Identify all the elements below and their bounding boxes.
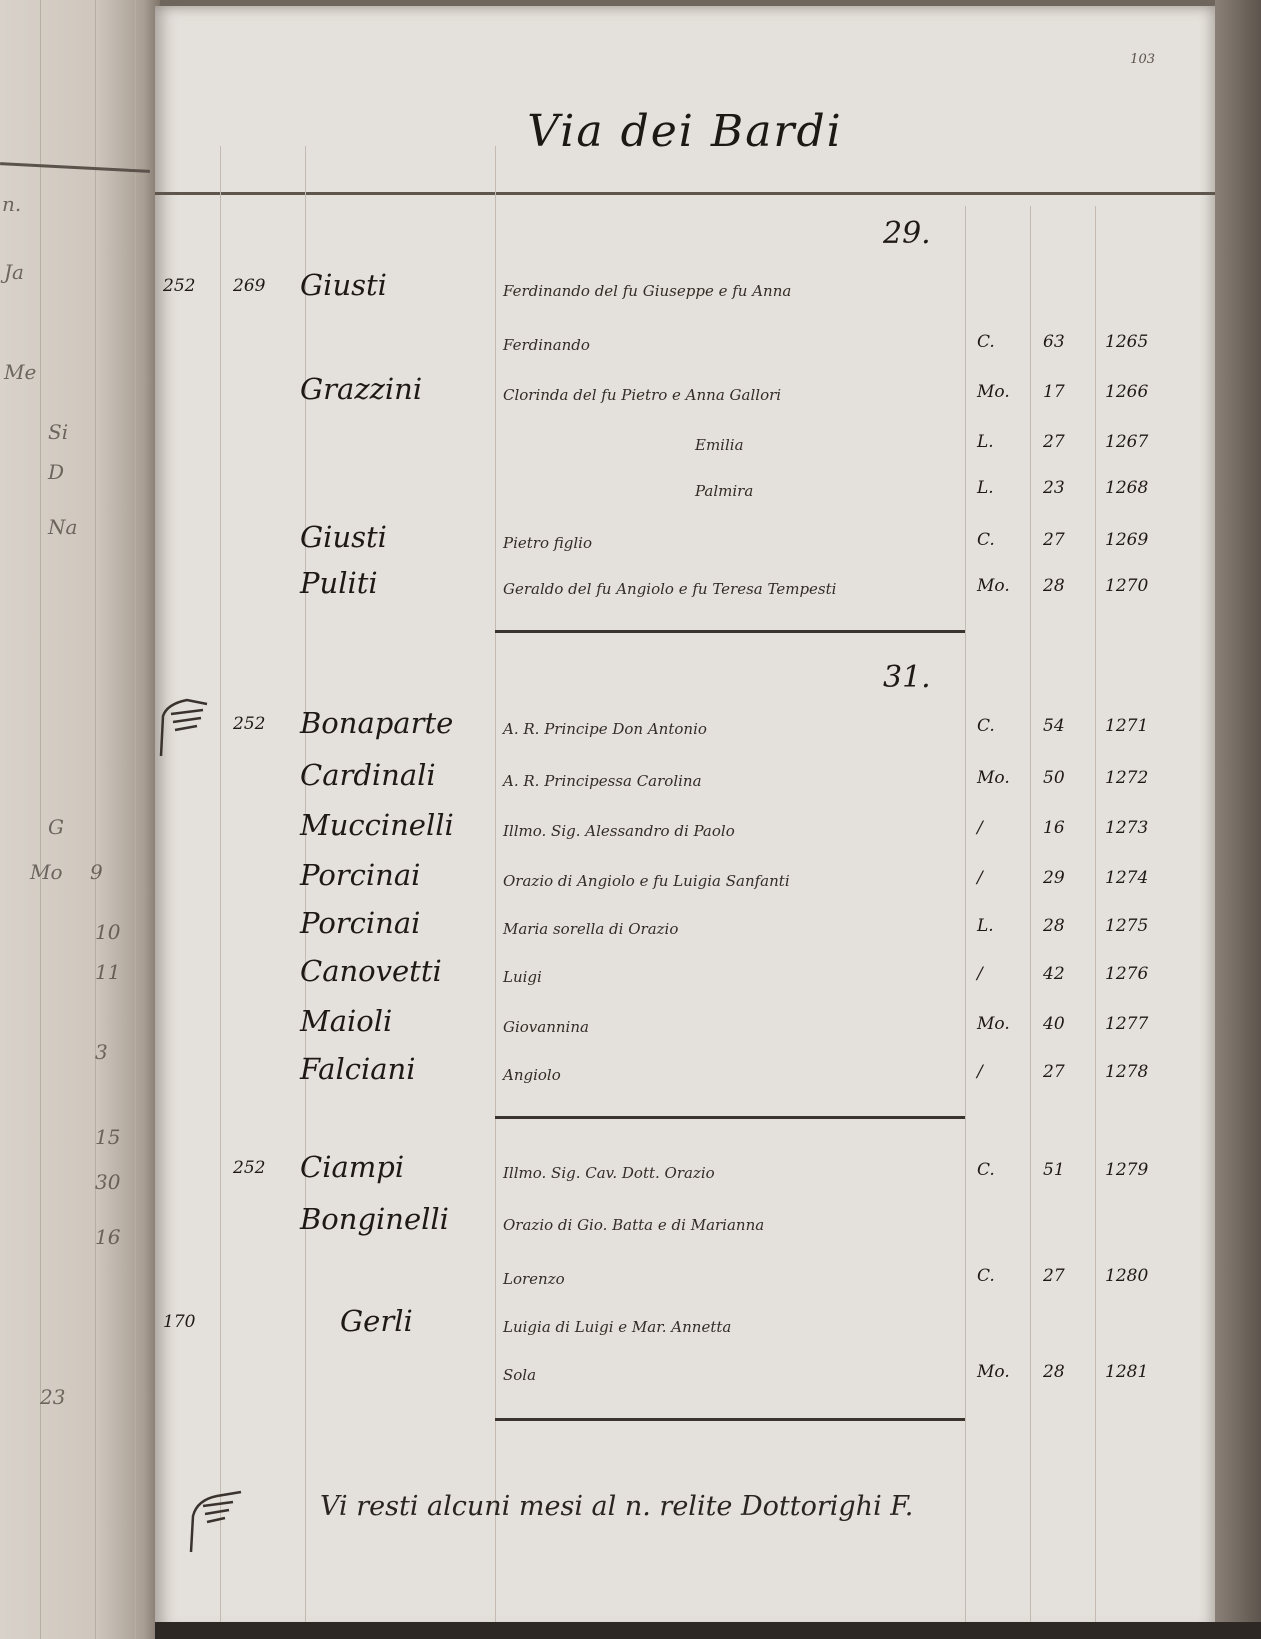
given-name: Lorenzo xyxy=(503,1270,565,1288)
table-row: 252 269 Giusti Ferdinando del fu Giusepp… xyxy=(155,268,1215,314)
page-number: 103 xyxy=(1130,52,1155,67)
table-row: Canovetti Luigi / 42 1276 xyxy=(155,954,1215,1000)
entry-number: 1268 xyxy=(1105,478,1148,498)
given-name: Ferdinando xyxy=(503,336,590,354)
given-name: Emilia xyxy=(695,436,744,454)
given-name: Clorinda del fu Pietro e Anna Gallori xyxy=(503,386,781,404)
age: 63 xyxy=(1043,332,1065,352)
left-page-rule xyxy=(0,162,150,173)
given-name: Angiolo xyxy=(503,1066,561,1084)
surname: Maioli xyxy=(300,1004,392,1038)
entry-number: 1276 xyxy=(1105,964,1148,984)
age: 16 xyxy=(1043,818,1065,838)
footer-note: Vi resti alcuni mesi al n. relite Dottor… xyxy=(320,1491,913,1522)
table-row: Puliti Geraldo del fu Angiolo e fu Teres… xyxy=(155,566,1215,612)
age: 23 xyxy=(1043,478,1065,498)
table-row: Porcinai Orazio di Angiolo e fu Luigia S… xyxy=(155,858,1215,904)
age: 29 xyxy=(1043,868,1065,888)
entry-number: 1280 xyxy=(1105,1266,1148,1286)
left-mark: 30 xyxy=(95,1170,120,1194)
surname: Ciampi xyxy=(300,1150,404,1184)
entry-number: 1277 xyxy=(1105,1014,1148,1034)
ledger-page: 103 Via dei Bardi 29. 252 269 Giusti Fer… xyxy=(155,6,1215,1631)
table-row: Porcinai Maria sorella di Orazio L. 28 1… xyxy=(155,906,1215,952)
given-name: Illmo. Sig. Cav. Dott. Orazio xyxy=(503,1164,715,1182)
table-row: 252 Ciampi Illmo. Sig. Cav. Dott. Orazio… xyxy=(155,1150,1215,1196)
house-number: 31. xyxy=(883,660,931,695)
surname: Falciani xyxy=(300,1052,415,1086)
entry-number: 1279 xyxy=(1105,1160,1148,1180)
entry-number: 1267 xyxy=(1105,432,1148,452)
entry-number: 1269 xyxy=(1105,530,1148,550)
left-mark: 15 xyxy=(95,1125,120,1149)
surname: Porcinai xyxy=(300,906,420,940)
table-row: Giusti Pietro figlio C. 27 1269 xyxy=(155,520,1215,566)
header-rule xyxy=(155,192,1215,195)
surname: Canovetti xyxy=(300,954,442,988)
left-mark: Si xyxy=(48,420,68,444)
status: / xyxy=(977,964,983,984)
given-name: Ferdinando del fu Giuseppe e fu Anna xyxy=(503,282,791,300)
surname: Puliti xyxy=(300,566,378,600)
left-mark: Me xyxy=(4,360,36,384)
family-number: 269 xyxy=(233,276,265,296)
family-number: 252 xyxy=(233,1158,265,1178)
left-mark: 23 xyxy=(40,1385,65,1409)
table-row: Lorenzo C. 27 1280 xyxy=(155,1256,1215,1302)
given-name: Geraldo del fu Angiolo e fu Teresa Tempe… xyxy=(503,580,836,598)
entry-number: 1278 xyxy=(1105,1062,1148,1082)
register-number: 170 xyxy=(163,1312,195,1332)
status: Mo. xyxy=(977,382,1010,402)
book-bottom-edge xyxy=(155,1622,1261,1639)
house-number: 29. xyxy=(883,216,931,251)
given-name: Luigia di Luigi e Mar. Annetta xyxy=(503,1318,731,1336)
entry-number: 1274 xyxy=(1105,868,1148,888)
table-row: 252 Bonaparte A. R. Principe Don Antonio… xyxy=(155,706,1215,752)
surname: Giusti xyxy=(300,268,387,302)
left-mark: 16 xyxy=(95,1225,120,1249)
entry-number: 1281 xyxy=(1105,1362,1148,1382)
left-mark: D xyxy=(48,460,64,484)
left-mark: n. xyxy=(2,192,21,216)
left-mark: Ja xyxy=(4,260,24,284)
age: 51 xyxy=(1043,1160,1065,1180)
table-row: Maioli Giovannina Mo. 40 1277 xyxy=(155,1004,1215,1050)
status: Mo. xyxy=(977,768,1010,788)
status: / xyxy=(977,1062,983,1082)
given-name: Luigi xyxy=(503,968,542,986)
left-mark: Mo xyxy=(30,860,63,884)
surname: Grazzini xyxy=(300,372,422,406)
age: 28 xyxy=(1043,1362,1065,1382)
age: 28 xyxy=(1043,916,1065,936)
left-mark: 11 xyxy=(95,960,120,984)
section-rule xyxy=(495,630,965,633)
section-rule xyxy=(495,1418,965,1421)
register-number: 252 xyxy=(163,276,195,296)
status: C. xyxy=(977,716,995,736)
given-name: A. R. Principe Don Antonio xyxy=(503,720,707,738)
table-row: Cardinali A. R. Principessa Carolina Mo.… xyxy=(155,758,1215,804)
left-page-edge: n. Ja Me Si D Na G Mo 9 10 11 3 15 30 16… xyxy=(0,0,160,1639)
age: 27 xyxy=(1043,432,1065,452)
status: C. xyxy=(977,1266,995,1286)
status: C. xyxy=(977,332,995,352)
table-row: Palmira L. 23 1268 xyxy=(155,468,1215,514)
status: L. xyxy=(977,478,994,498)
surname: Giusti xyxy=(300,520,387,554)
age: 28 xyxy=(1043,576,1065,596)
age: 40 xyxy=(1043,1014,1065,1034)
status: Mo. xyxy=(977,1362,1010,1382)
entry-number: 1270 xyxy=(1105,576,1148,596)
given-name: Pietro figlio xyxy=(503,534,592,552)
section-rule xyxy=(495,1116,965,1119)
table-row: Falciani Angiolo / 27 1278 xyxy=(155,1052,1215,1098)
age: 42 xyxy=(1043,964,1065,984)
status: / xyxy=(977,868,983,888)
status: C. xyxy=(977,530,995,550)
given-name: Palmira xyxy=(695,482,753,500)
surname: Gerli xyxy=(340,1304,413,1338)
given-name: A. R. Principessa Carolina xyxy=(503,772,702,790)
table-row: Bonginelli Orazio di Gio. Batta e di Mar… xyxy=(155,1202,1215,1248)
column-line xyxy=(95,0,96,1639)
given-name: Giovannina xyxy=(503,1018,589,1036)
surname: Cardinali xyxy=(300,758,436,792)
given-name: Illmo. Sig. Alessandro di Paolo xyxy=(503,822,735,840)
entry-number: 1275 xyxy=(1105,916,1148,936)
entry-number: 1272 xyxy=(1105,768,1148,788)
age: 27 xyxy=(1043,1062,1065,1082)
surname: Bonginelli xyxy=(300,1202,449,1236)
status: / xyxy=(977,818,983,838)
column-line xyxy=(135,0,136,1639)
age: 27 xyxy=(1043,530,1065,550)
status: L. xyxy=(977,916,994,936)
age: 50 xyxy=(1043,768,1065,788)
given-name: Orazio di Angiolo e fu Luigia Sanfanti xyxy=(503,872,790,890)
status: L. xyxy=(977,432,994,452)
pointing-hand-icon xyxy=(185,1486,245,1556)
given-name: Sola xyxy=(503,1366,536,1384)
left-mark: 3 xyxy=(95,1040,108,1064)
status: Mo. xyxy=(977,576,1010,596)
entry-number: 1265 xyxy=(1105,332,1148,352)
table-row: Grazzini Clorinda del fu Pietro e Anna G… xyxy=(155,372,1215,418)
table-row: Emilia L. 27 1267 xyxy=(155,422,1215,468)
given-name: Maria sorella di Orazio xyxy=(503,920,678,938)
entry-number: 1266 xyxy=(1105,382,1148,402)
age: 54 xyxy=(1043,716,1065,736)
left-mark: G xyxy=(48,815,64,839)
status: C. xyxy=(977,1160,995,1180)
surname: Muccinelli xyxy=(300,808,454,842)
given-name: Orazio di Gio. Batta e di Marianna xyxy=(503,1216,764,1234)
left-mark: 9 xyxy=(90,860,103,884)
table-row: 170 Gerli Luigia di Luigi e Mar. Annetta xyxy=(155,1304,1215,1350)
left-mark: Na xyxy=(48,515,77,539)
page-title: Via dei Bardi xyxy=(155,106,1215,157)
entry-number: 1271 xyxy=(1105,716,1148,736)
age: 17 xyxy=(1043,382,1065,402)
surname: Porcinai xyxy=(300,858,420,892)
family-number: 252 xyxy=(233,714,265,734)
entry-number: 1273 xyxy=(1105,818,1148,838)
table-row: Sola Mo. 28 1281 xyxy=(155,1352,1215,1398)
table-row: Ferdinando C. 63 1265 xyxy=(155,322,1215,368)
age: 27 xyxy=(1043,1266,1065,1286)
table-row: Muccinelli Illmo. Sig. Alessandro di Pao… xyxy=(155,808,1215,854)
left-mark: 10 xyxy=(95,920,120,944)
status: Mo. xyxy=(977,1014,1010,1034)
book-right-edge xyxy=(1215,0,1261,1639)
surname: Bonaparte xyxy=(300,706,453,740)
